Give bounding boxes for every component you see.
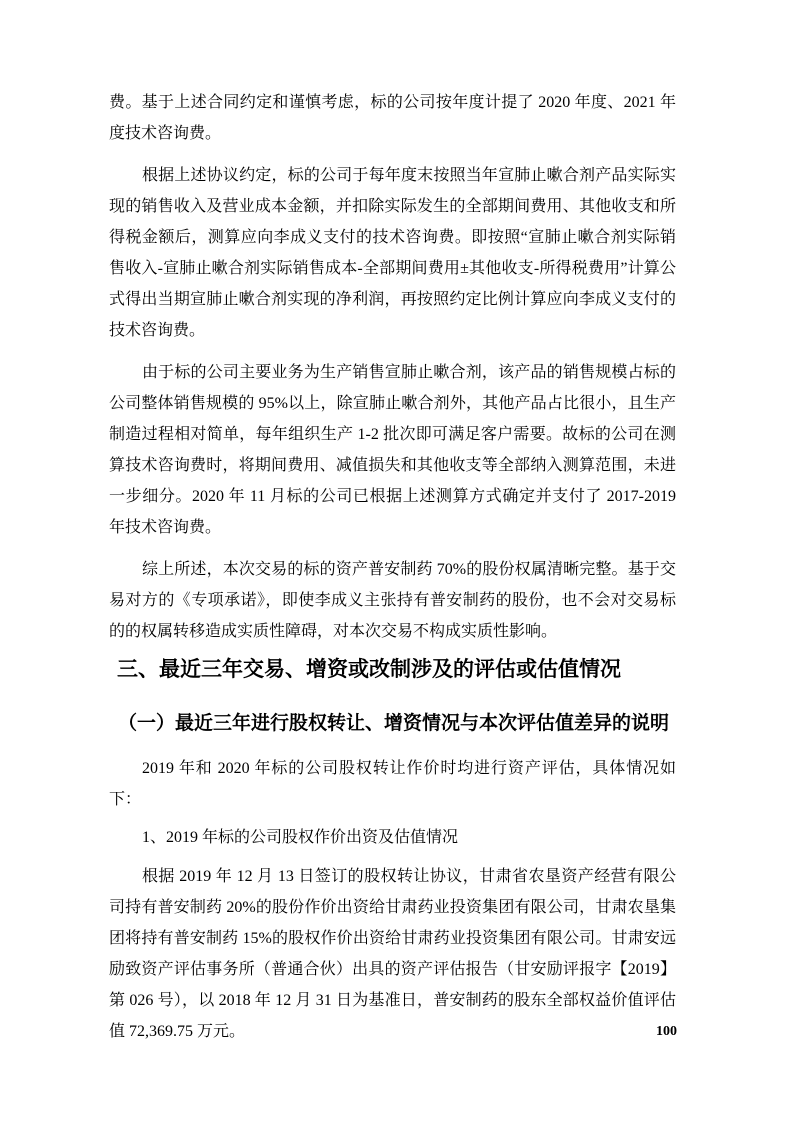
body-paragraph: 2019 年和 2020 年标的公司股权转让作价时均进行资产评估，具体情况如下： (109, 753, 676, 815)
body-paragraph: 综上所述，本次交易的标的资产普安制药 70%的股份权属清晰完整。基于交易对方的《… (109, 554, 676, 647)
body-paragraph: 根据上述协议约定，标的公司于每年度末按照当年宣肺止嗽合剂产品实际实现的销售收入及… (109, 160, 676, 346)
document-page-content: 费。基于上述合同约定和谨慎考虑，标的公司按年度计提了 2020 年度、2021 … (109, 87, 676, 1047)
page-number: 100 (109, 1024, 677, 1040)
section-heading: 三、最近三年交易、增资或改制涉及的评估或估值情况 (117, 653, 676, 686)
body-paragraph: 根据 2019 年 12 月 13 日签订的股权转让协议，甘肃省农垦资产经营有限… (109, 861, 676, 1047)
body-paragraph-continuation: 费。基于上述合同约定和谨慎考虑，标的公司按年度计提了 2020 年度、2021 … (109, 87, 676, 149)
numbered-item: 1、2019 年标的公司股权作价出资及估值情况 (109, 822, 676, 853)
body-paragraph: 由于标的公司主要业务为生产销售宣肺止嗽合剂，该产品的销售规模占标的公司整体销售规… (109, 357, 676, 543)
subsection-heading: （一）最近三年进行股权转让、增资情况与本次评估值差异的说明 (118, 708, 676, 739)
